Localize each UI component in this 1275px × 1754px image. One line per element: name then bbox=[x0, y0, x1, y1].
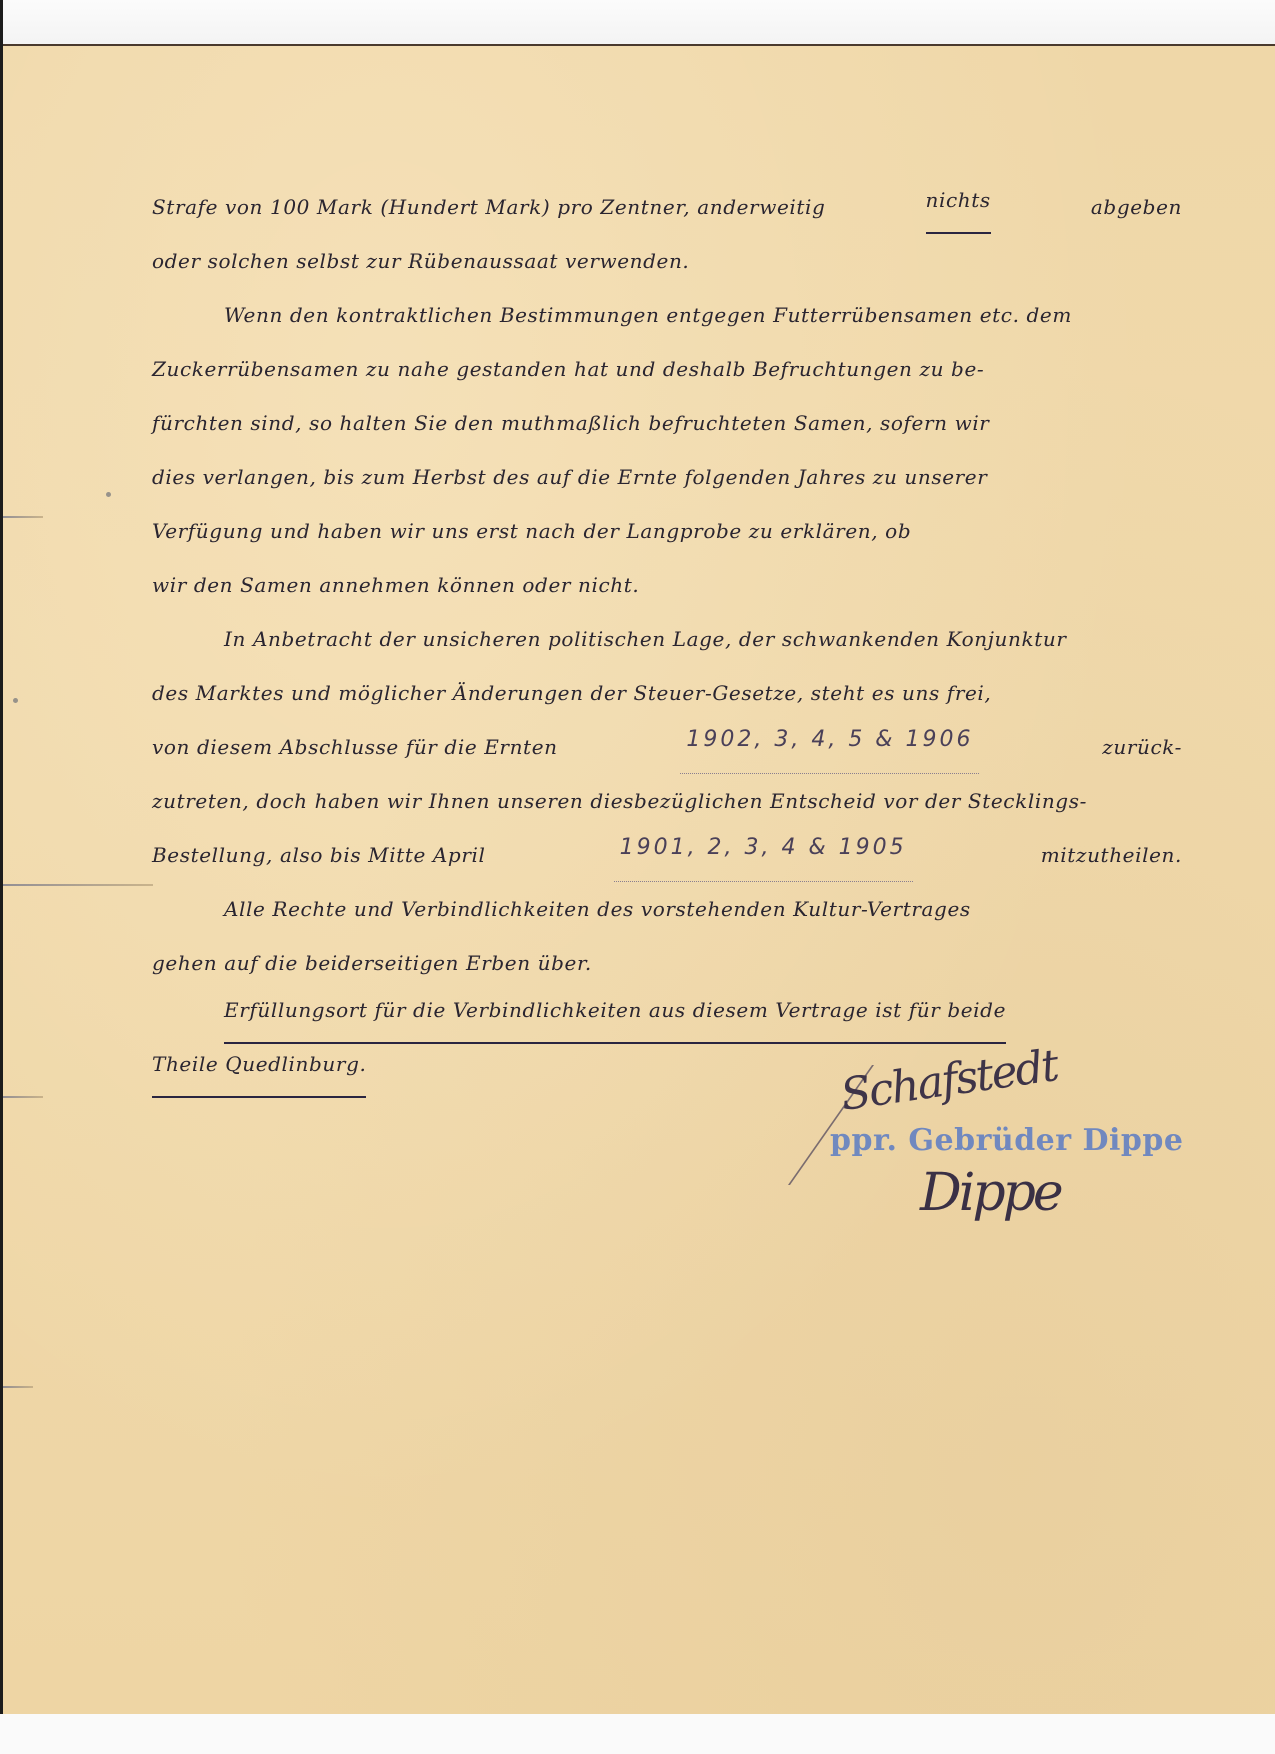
text-line: zutreten, doch haben wir Ihnen unseren d… bbox=[152, 774, 1182, 828]
text-line: Verfügung und haben wir uns erst nach de… bbox=[152, 504, 1182, 558]
handwritten-signature-bottom: Dippe bbox=[920, 1163, 1061, 1223]
text-segment: des Marktes und möglicher Änderungen der… bbox=[152, 666, 991, 720]
text-line: wir den Samen annehmen können oder nicht… bbox=[152, 558, 1182, 612]
text-segment: oder solchen selbst zur Rübenaussaat ver… bbox=[152, 234, 689, 288]
text-line: Zuckerrübensamen zu nahe gestanden hat u… bbox=[152, 342, 1182, 396]
text-segment: Zuckerrübensamen zu nahe gestanden hat u… bbox=[152, 342, 984, 396]
scan-margin-bottom bbox=[0, 1714, 1275, 1754]
handwritten-harvest-years: 1902, 3, 4, 5 & 1906 bbox=[680, 720, 979, 774]
text-segment: Verfügung und haben wir uns erst nach de… bbox=[152, 504, 911, 558]
handwritten-april-years: 1901, 2, 3, 4 & 1905 bbox=[614, 828, 913, 882]
text-segment: mitzutheilen. bbox=[1041, 828, 1182, 882]
underlined-clause: Theile Quedlinburg. bbox=[152, 1044, 366, 1098]
text-line: Erfüllungsort für die Verbindlichkeiten … bbox=[152, 990, 1182, 1044]
text-segment: In Anbetracht der unsicheren politischen… bbox=[224, 612, 1067, 666]
ink-speck bbox=[13, 698, 18, 703]
text-segment: fürchten sind, so halten Sie den muthmaß… bbox=[152, 396, 989, 450]
text-segment: gehen auf die beiderseitigen Erben über. bbox=[152, 936, 592, 990]
text-segment: zutreten, doch haben wir Ihnen unseren d… bbox=[152, 774, 1087, 828]
text-line: Alle Rechte und Verbindlichkeiten des vo… bbox=[152, 882, 1182, 936]
underlined-clause: Erfüllungsort für die Verbindlichkeiten … bbox=[224, 990, 1006, 1044]
scan-margin-top bbox=[0, 0, 1275, 48]
fold-crease bbox=[3, 1096, 43, 1098]
text-line: gehen auf die beiderseitigen Erben über. bbox=[152, 936, 1182, 990]
text-segment: Strafe von 100 Mark (Hundert Mark) pro Z… bbox=[152, 180, 825, 234]
fold-crease bbox=[3, 1386, 33, 1388]
contract-body: Strafe von 100 Mark (Hundert Mark) pro Z… bbox=[152, 180, 1182, 1098]
text-line: Bestellung, also bis Mitte April 1901, 2… bbox=[152, 828, 1182, 882]
text-segment: zurück- bbox=[1102, 720, 1182, 774]
ink-speck bbox=[106, 492, 111, 497]
signature-block: Schafstedt ppr. Gebrüder Dippe Dippe bbox=[810, 1045, 1190, 1245]
text-segment: dies verlangen, bis zum Herbst des auf d… bbox=[152, 450, 987, 504]
fold-crease bbox=[3, 516, 43, 518]
text-segment: Wenn den kontraktlichen Bestimmungen ent… bbox=[224, 288, 1072, 342]
text-line: In Anbetracht der unsicheren politischen… bbox=[152, 612, 1182, 666]
text-segment: von diesem Abschlusse für die Ernten bbox=[152, 720, 558, 774]
text-line: oder solchen selbst zur Rübenaussaat ver… bbox=[152, 234, 1182, 288]
text-line: von diesem Abschlusse für die Ernten 190… bbox=[152, 720, 1182, 774]
company-stamp: ppr. Gebrüder Dippe bbox=[830, 1123, 1183, 1158]
text-line: Strafe von 100 Mark (Hundert Mark) pro Z… bbox=[152, 180, 1182, 234]
text-line: fürchten sind, so halten Sie den muthmaß… bbox=[152, 396, 1182, 450]
text-segment: abgeben bbox=[1091, 180, 1182, 234]
text-segment: Bestellung, also bis Mitte April bbox=[152, 828, 486, 882]
fold-crease bbox=[3, 884, 153, 886]
text-segment: wir den Samen annehmen können oder nicht… bbox=[152, 558, 639, 612]
text-line: dies verlangen, bis zum Herbst des auf d… bbox=[152, 450, 1182, 504]
underlined-word: nichts bbox=[926, 180, 991, 234]
text-line: des Marktes und möglicher Änderungen der… bbox=[152, 666, 1182, 720]
text-segment: Alle Rechte und Verbindlichkeiten des vo… bbox=[224, 882, 971, 936]
text-line: Wenn den kontraktlichen Bestimmungen ent… bbox=[152, 288, 1182, 342]
